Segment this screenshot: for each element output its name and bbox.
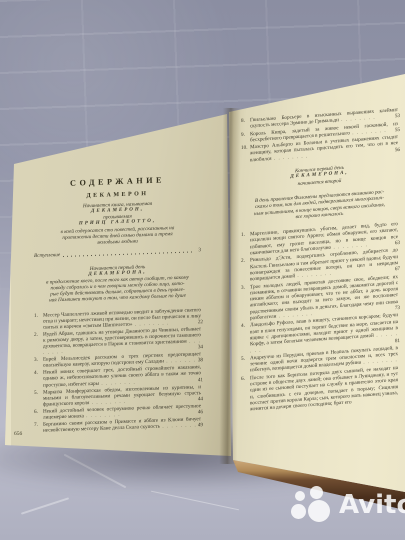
right-page-content: 8. Гвильельмо Борсьере в изысканных выра… <box>241 107 398 414</box>
dot-leader <box>63 251 195 257</box>
book-gutter-shadow <box>219 108 241 464</box>
watermark-brand-text: Avito <box>339 490 405 520</box>
left-page-content: СОДЕРЖАНИЕ ДЕКАМЕРОН Начинается книга, н… <box>34 176 201 435</box>
wall-scratch <box>21 497 69 514</box>
left-page-folio: 656 <box>14 431 22 437</box>
avito-logo-icon <box>291 486 335 524</box>
avito-watermark: Avito <box>291 486 405 524</box>
day2-intro: В день правления Филомены предлагаются в… <box>241 188 398 224</box>
wall-scratch <box>151 491 239 511</box>
book-listing-photo: СОДЕРЖАНИЕ ДЕКАМЕРОН Начинается книга, н… <box>0 0 405 540</box>
day1-heading: Начинается первый день ДЕКАМЕРОНА, в про… <box>34 262 201 304</box>
toc-intro-entry: Вступление 3 <box>34 247 201 259</box>
day2-heading: Кончился первый день ДЕКАМЕРОНА, начинае… <box>241 161 398 191</box>
toc-intro-label: Вступление <box>34 252 60 259</box>
toc-intro-page: 3 <box>198 247 201 253</box>
epigraph: Начинается книга, называемая ДЕКАМЕРОН, … <box>34 199 201 247</box>
